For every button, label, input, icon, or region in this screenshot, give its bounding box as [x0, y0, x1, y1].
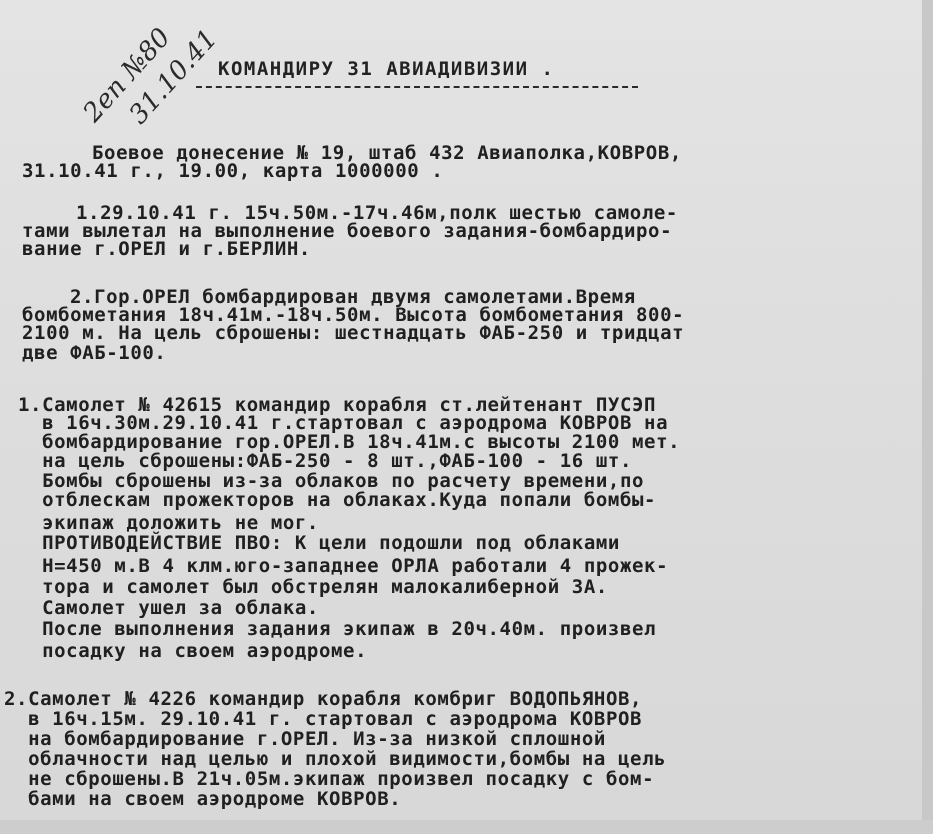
paragraph-1-line: вание г.ОРЕЛ и г.БЕРЛИН.	[22, 240, 311, 259]
report-header-line: 31.10.41 г., 19.00, карта 1000000 .	[22, 162, 443, 181]
aircraft-1-line: на цель сброшены:ФАБ-250 - 8 шт.,ФАБ-100…	[18, 452, 632, 471]
aircraft-1-line: посадку на своем аэродроме.	[18, 642, 367, 661]
aircraft-1-line: экипаж доложить не мог.	[18, 514, 319, 533]
aircraft-1-line: После выполнения задания экипаж в 20ч.40…	[18, 620, 656, 639]
aircraft-1-line: Самолет ушел за облака.	[18, 599, 319, 618]
aircraft-1-line: тора и самолет был обстрелян малокалибер…	[18, 578, 608, 597]
aircraft-2-line: на бомбардирование г.ОРЕЛ. Из-за низкой …	[4, 730, 606, 749]
aircraft-2-line: не сброшены.В 21ч.05м.экипаж произвел по…	[4, 770, 654, 789]
scan-edge-right	[922, 0, 933, 834]
heading-underline	[196, 86, 638, 88]
document-heading: КОМАНДИРУ 31 АВИАДИВИЗИИ .	[218, 58, 554, 80]
aircraft-1-line: Н=450 м.В 4 клм.юго-западнее ОРЛА работа…	[18, 557, 668, 576]
paragraph-2-line: две ФАБ-100.	[22, 344, 166, 363]
paragraph-2-line: 2100 м. На цель сброшены: шестнадцать ФА…	[22, 324, 684, 343]
aircraft-2-line: бами на своем аэродроме КОВРОВ.	[4, 790, 401, 809]
aircraft-2-line: облачности над целью и плохой видимости,…	[4, 750, 666, 769]
aircraft-2-line: 2.Самолет № 4226 командир корабля комбри…	[4, 690, 642, 709]
scan-edge-bottom	[0, 820, 933, 834]
document-page: 2en №80 31.10.41 КОМАНДИРУ 31 АВИАДИВИЗИ…	[0, 0, 922, 820]
aircraft-1-line: отблескам прожекторов на облаках.Куда по…	[18, 491, 656, 510]
aircraft-2-line: в 16ч.15м. 29.10.41 г. стартовал с аэрод…	[4, 710, 642, 729]
aircraft-1-line: ПРОТИВОДЕЙСТВИЕ ПВО: К цели подошли под …	[18, 534, 620, 553]
